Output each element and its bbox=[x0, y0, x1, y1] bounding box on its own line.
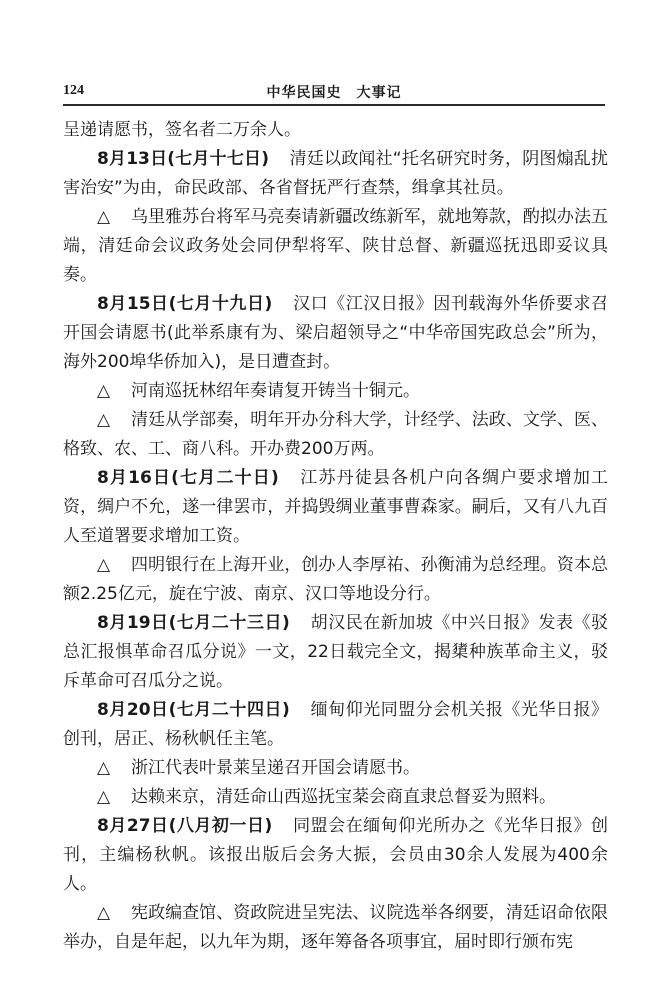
paragraph-text: 呈递请愿书，签名者二万余人。 bbox=[63, 120, 301, 140]
running-title: 中华民国史 大事记 bbox=[63, 82, 605, 102]
entry-dated: 8月20日(七月二十四日)缅甸仰光同盟分会机关报《光华日报》创刊，居正、杨秋帆任… bbox=[63, 696, 608, 754]
triangle-icon: △ bbox=[97, 203, 131, 232]
entry-dated: 8月15日(七月十九日)汉口《江汉日报》因刊载海外华侨要求召开国会请愿书(此举系… bbox=[63, 290, 608, 377]
entry-dated: 8月16日(七月二十日)江苏丹徒县各机户向各绸户要求增加工资，绸户不允，遂一律罢… bbox=[63, 464, 608, 551]
entry-bullet: △浙江代表叶景莱呈递召开国会请愿书。 bbox=[63, 754, 608, 783]
entry-bullet: △清廷从学部奏，明年开办分科大学，计经学、法政、文学、医、格致、农、工、商八科。… bbox=[63, 406, 608, 464]
entry-dated: 8月27日(八月初一日)同盟会在缅甸仰光所办之《光华日报》创刊，主编杨秋帆。该报… bbox=[63, 812, 608, 899]
entry-bullet: △四明银行在上海开业，创办人李厚祐、孙衡浦为总经理。资本总额2.25亿元，旋在宁… bbox=[63, 551, 608, 609]
body-text: 呈递请愿书，签名者二万余人。 8月13日(七月十七日)清廷以政闻社“托名研究时务… bbox=[63, 116, 608, 957]
entry-text: 四明银行在上海开业，创办人李厚祐、孙衡浦为总经理。资本总额2.25亿元，旋在宁波… bbox=[63, 555, 608, 604]
entry-text: 宪政编查馆、资政院进呈宪法、议院选举各纲要，清廷诏命依限举办，自是年起，以九年为… bbox=[63, 903, 608, 952]
entry-text: 清廷从学部奏，明年开办分科大学，计经学、法政、文学、医、格致、农、工、商八科。开… bbox=[63, 410, 608, 459]
triangle-icon: △ bbox=[97, 754, 131, 783]
entry-bullet: △乌里雅苏台将军马亮奏请新疆改练新军，就地筹款，酌拟办法五端，清廷命会议政务处会… bbox=[63, 203, 608, 290]
entry-date: 8月13日(七月十七日) bbox=[97, 149, 269, 169]
entry-date: 8月16日(七月二十日) bbox=[97, 468, 279, 488]
triangle-icon: △ bbox=[97, 377, 131, 406]
entry-bullet: △宪政编查馆、资政院进呈宪法、议院选举各纲要，清廷诏命依限举办，自是年起，以九年… bbox=[63, 899, 608, 957]
entry-bullet: △达赖来京，清廷命山西巡抚宝棻会商直隶总督妥为照料。 bbox=[63, 783, 608, 812]
paragraph-continuation: 呈递请愿书，签名者二万余人。 bbox=[63, 116, 608, 145]
header-rule bbox=[63, 104, 605, 106]
entry-date: 8月20日(七月二十四日) bbox=[97, 700, 290, 720]
triangle-icon: △ bbox=[97, 783, 131, 812]
entry-text: 乌里雅苏台将军马亮奏请新疆改练新军，就地筹款，酌拟办法五端，清廷命会议政务处会同… bbox=[63, 207, 608, 285]
entry-date: 8月15日(七月十九日) bbox=[97, 294, 272, 314]
entry-text: 浙江代表叶景莱呈递召开国会请愿书。 bbox=[131, 758, 420, 778]
entry-date: 8月27日(八月初一日) bbox=[97, 816, 272, 836]
entry-text: 达赖来京，清廷命山西巡抚宝棻会商直隶总督妥为照料。 bbox=[131, 787, 556, 807]
entry-bullet: △河南巡抚林绍年奏请复开铸当十铜元。 bbox=[63, 377, 608, 406]
entry-text: 河南巡抚林绍年奏请复开铸当十铜元。 bbox=[131, 381, 420, 401]
triangle-icon: △ bbox=[97, 899, 131, 928]
triangle-icon: △ bbox=[97, 406, 131, 435]
page-header: 124 中华民国史 大事记 bbox=[63, 80, 605, 106]
triangle-icon: △ bbox=[97, 551, 131, 580]
entry-dated: 8月13日(七月十七日)清廷以政闻社“托名研究时务，阴图煽乱扰害治安”为由，命民… bbox=[63, 145, 608, 203]
entry-date: 8月19日(七月二十三日) bbox=[97, 613, 290, 633]
entry-dated: 8月19日(七月二十三日)胡汉民在新加坡《中兴日报》发表《驳总汇报惧革命召瓜分说… bbox=[63, 609, 608, 696]
